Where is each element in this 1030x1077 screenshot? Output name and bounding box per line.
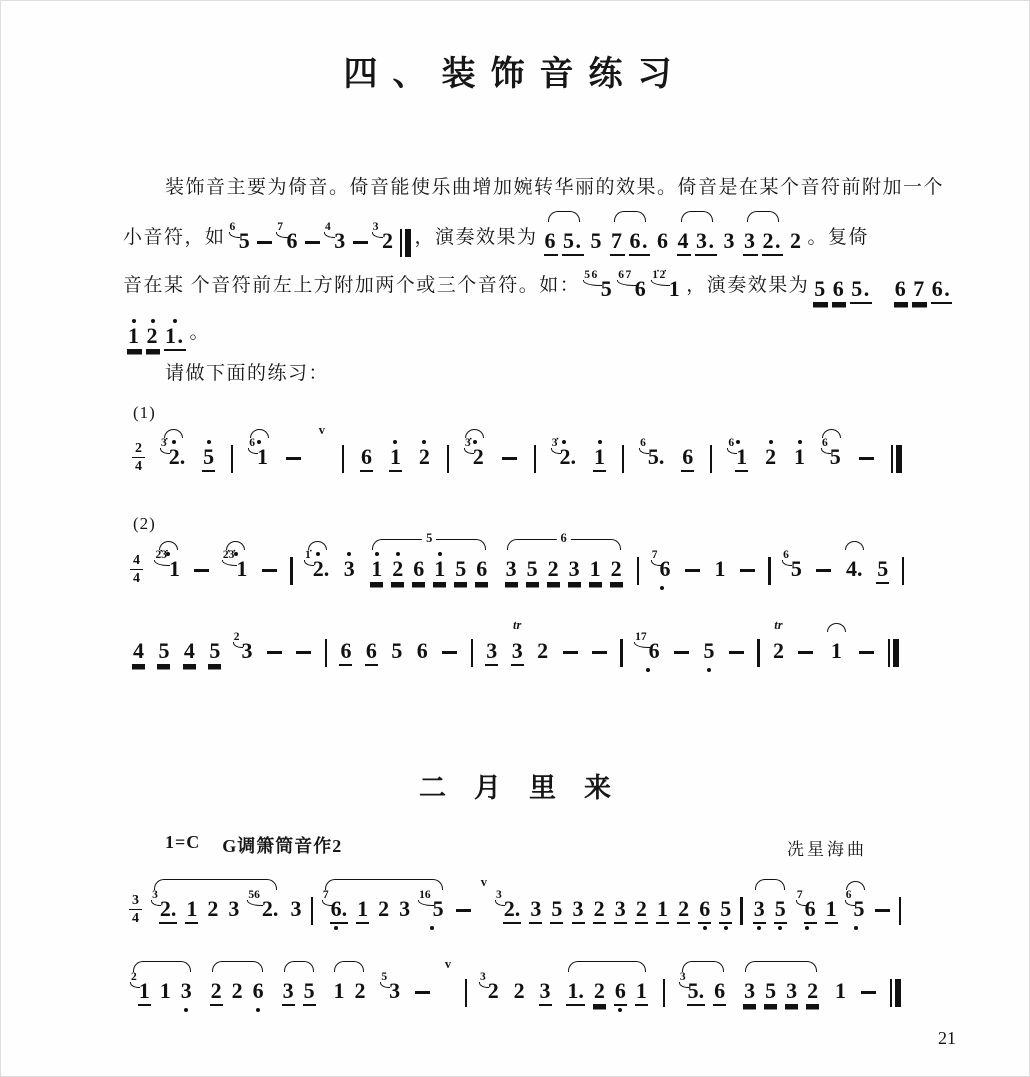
note-digit: 2.	[159, 898, 178, 924]
grace-note: 1̇2̇	[652, 270, 667, 282]
note-digit: 6	[360, 446, 373, 472]
note: 1	[589, 538, 602, 595]
note: 3	[398, 878, 411, 935]
song-key: 1=C	[165, 832, 200, 858]
high-octave-dot	[207, 440, 211, 444]
final-barline	[888, 620, 899, 677]
spacer	[876, 258, 890, 315]
note-digit: 2.	[559, 446, 578, 472]
note-digit: 4	[183, 640, 196, 666]
song-notation-line-1: 3432.123562.376.123165v32.35323212653576…	[125, 878, 905, 935]
breath-glyph: v	[445, 957, 451, 972]
dash-line	[729, 651, 744, 654]
barline-stroke	[290, 557, 292, 585]
note: 1	[389, 426, 402, 483]
note-digit: 6	[286, 230, 301, 256]
note-digit: 6	[656, 230, 671, 256]
high-octave-dot	[316, 552, 320, 556]
dash-prolong	[739, 538, 756, 595]
note-digit: 3	[180, 980, 193, 1006]
note: 23	[234, 620, 254, 677]
note-digit: 2	[593, 898, 606, 924]
inline-notation-effect-example-2: 565.676.	[811, 258, 954, 315]
note: 1	[433, 538, 446, 595]
arc-mark	[827, 623, 846, 632]
note: 5	[454, 538, 467, 595]
paragraph-line-4: 121. 。	[123, 305, 210, 362]
inline-notation-effect-example-3: 121.	[125, 305, 188, 362]
note-digit: 5	[600, 278, 615, 304]
note: 3̇2	[465, 426, 485, 483]
note: 2	[610, 538, 623, 595]
grace-note: 6	[230, 222, 237, 234]
high-octave-dot	[375, 552, 379, 556]
breath-mark: v	[444, 960, 452, 1017]
song-key-row: 1=C G调箫筒音作2	[165, 832, 342, 858]
note: 2	[536, 620, 549, 677]
note-digit: 4	[677, 230, 692, 256]
grace-note: 7	[797, 890, 803, 902]
barline-stroke	[768, 557, 770, 585]
note: 5	[813, 258, 828, 315]
note: 65	[822, 426, 842, 483]
dash-line	[859, 651, 874, 654]
note: 676	[618, 258, 648, 315]
barline	[622, 426, 624, 483]
note-digit: 2	[547, 558, 560, 584]
note-digit: 3	[753, 898, 766, 924]
note: 5	[702, 620, 715, 677]
note: 1.	[164, 305, 186, 362]
note: 2̇3̇1	[155, 538, 181, 595]
note-digit: 1	[332, 980, 345, 1006]
note-digit: 3	[333, 230, 348, 256]
dash-line	[674, 651, 689, 654]
note: 3	[289, 878, 302, 935]
high-octave-dot	[132, 319, 136, 323]
exercise-1-notation: 243̇2.561v6123̇23̇2.165.6612165	[128, 426, 906, 483]
note-digit: 1	[593, 446, 606, 472]
time-signature: 34	[129, 878, 142, 935]
note: 176	[635, 620, 661, 677]
note: 565	[584, 258, 614, 315]
note-digit: 5	[774, 898, 787, 924]
paragraph-text: ，演奏效果为	[686, 274, 809, 299]
note: 3̇2.	[552, 426, 577, 483]
note-digit: 3	[743, 980, 756, 1006]
dash-line	[286, 457, 301, 460]
paragraph-text: 。复倚	[808, 226, 870, 251]
note: 5	[774, 878, 787, 935]
inline-notation-double-grace-example: 5656761̇2̇1	[582, 258, 684, 315]
note-digit: 1	[433, 558, 446, 584]
note-digit: 2	[418, 446, 431, 472]
note-digit: 1	[713, 558, 726, 584]
note-digit: 3	[511, 640, 524, 666]
song-notation-line-2: 2113226351253v32231.26135.635321	[125, 960, 905, 1017]
note: 3	[785, 960, 798, 1017]
note-digit: 6	[614, 980, 627, 1006]
barline	[311, 878, 313, 935]
dash-prolong	[266, 620, 283, 677]
note-digit: 6	[475, 558, 488, 584]
note-digit: 6.	[330, 898, 349, 924]
note-digit: 2	[764, 446, 777, 472]
note: 6	[252, 960, 265, 1017]
note: 6	[339, 620, 352, 677]
note-digit: 5	[303, 980, 316, 1006]
dash-line	[262, 569, 277, 572]
low-octave-dot	[854, 926, 858, 930]
low-octave-dot	[703, 926, 707, 930]
note: 3̇2.	[161, 426, 186, 483]
grace-note: 67	[618, 270, 633, 282]
barline	[768, 538, 770, 595]
barline-stroke	[534, 445, 536, 473]
note: 1.	[566, 960, 585, 1017]
note-digit: 6	[681, 446, 694, 472]
note: 53	[381, 960, 401, 1017]
dash-line	[592, 651, 607, 654]
barline	[637, 538, 639, 595]
paragraph-text: ，演奏效果为	[415, 226, 538, 251]
dash-prolong	[860, 960, 877, 1017]
note: 3	[753, 878, 766, 935]
note: 6	[681, 426, 694, 483]
note: 3	[529, 878, 542, 935]
note-digit: 2	[231, 980, 244, 1006]
note-digit: 1	[389, 446, 402, 472]
dash-line	[296, 651, 311, 654]
note-digit: 1.	[164, 325, 186, 351]
dash-prolong	[673, 620, 690, 677]
note: 65.	[640, 426, 665, 483]
note-digit: 2.	[168, 446, 187, 472]
note: 5	[719, 878, 732, 935]
low-octave-dot	[184, 1008, 188, 1012]
paragraph-line-5: 请做下面的练习：	[165, 362, 329, 387]
song-title: 二月里来	[0, 766, 1030, 805]
note: 6	[365, 620, 378, 677]
note-digit: 3	[398, 898, 411, 924]
dash-line	[685, 569, 700, 572]
note: 1	[159, 960, 172, 1017]
grace-note: 3̇	[465, 438, 471, 450]
grace-note: 3̇	[552, 438, 558, 450]
note-digit: 5	[764, 980, 777, 1006]
barline	[740, 878, 742, 935]
note: 3	[227, 878, 240, 935]
note-digit: 3	[568, 558, 581, 584]
paragraph-text: 音在某 个音符前左上方附加两个或三个音符。如：	[123, 274, 580, 299]
high-octave-dot	[769, 440, 773, 444]
note: 3	[505, 538, 518, 595]
grace-note: 2̇3̇	[155, 550, 167, 562]
note-digit: 5.	[850, 278, 872, 304]
grace-note: 6	[728, 438, 734, 450]
note-digit: 2	[377, 898, 390, 924]
note-digit: 5	[208, 640, 221, 666]
note: 5	[157, 620, 170, 677]
note-digit: 6	[713, 980, 726, 1006]
breath-glyph: v	[319, 423, 325, 438]
note-digit: 2	[391, 558, 404, 584]
slur-group: 76.123165	[319, 878, 449, 935]
time-signature-denominator: 4	[132, 910, 139, 926]
note-digit: 5	[157, 640, 170, 666]
slur-group: 35	[749, 878, 791, 935]
high-octave-dot	[736, 440, 740, 444]
slur-group: 3532	[739, 960, 823, 1017]
slur-group: 2113	[127, 960, 197, 1017]
arc-mark	[845, 541, 864, 550]
dash-prolong	[858, 426, 875, 483]
note: 2	[547, 538, 560, 595]
note-digit: 2	[210, 980, 223, 1006]
song-composer: 冼星海曲	[787, 835, 867, 860]
note-digit: 1	[185, 898, 198, 924]
note-digit: 1	[356, 898, 369, 924]
note-digit: 5.	[562, 230, 584, 256]
note: 1	[834, 960, 847, 1017]
dash-line	[563, 651, 578, 654]
barline	[902, 538, 904, 595]
note: 5	[303, 960, 316, 1017]
note: 2	[353, 960, 366, 1017]
barline	[534, 426, 536, 483]
note-digit: 2.	[261, 898, 280, 924]
note: 5	[876, 538, 889, 595]
note-digit: 3	[529, 898, 542, 924]
dash-prolong	[501, 426, 518, 483]
note-digit: 7	[912, 278, 927, 304]
dash-prolong	[797, 620, 814, 677]
grace-note: 3	[152, 890, 158, 902]
note: 2	[210, 960, 223, 1017]
time-signature: 24	[132, 426, 145, 483]
note-digit: 6	[894, 278, 909, 304]
barline	[757, 620, 759, 677]
note: 5	[390, 620, 403, 677]
low-octave-dot	[430, 926, 434, 930]
final-barline	[890, 960, 901, 1017]
high-octave-dot	[347, 552, 351, 556]
note: 76	[652, 538, 672, 595]
low-octave-dot	[707, 668, 711, 672]
grace-note: 6	[846, 890, 852, 902]
note-digit: 5	[813, 278, 828, 304]
note: 5	[526, 538, 539, 595]
breath-mark: v	[318, 426, 326, 483]
grace-note: 5	[381, 972, 387, 984]
grace-note: 7	[323, 890, 329, 902]
high-octave-dot	[257, 440, 261, 444]
dash-line	[798, 651, 813, 654]
high-octave-dot	[396, 552, 400, 556]
grace-note: 16	[419, 890, 431, 902]
note: 1	[635, 960, 648, 1017]
note: 4	[183, 620, 196, 677]
note: 76.	[323, 878, 348, 935]
note-digit: 6	[832, 278, 847, 304]
note-digit: 2.	[503, 898, 522, 924]
page-title: 四、装饰音练习	[0, 46, 1030, 95]
note-digit: 5	[526, 558, 539, 584]
note-digit: 5	[702, 640, 715, 666]
note-digit: 2	[206, 898, 219, 924]
note: 2	[206, 878, 219, 935]
note: 21	[131, 960, 151, 1017]
note: 3	[180, 960, 193, 1017]
dash-prolong	[874, 878, 891, 935]
time-signature-fraction: 34	[129, 894, 142, 926]
note: 3	[343, 538, 356, 595]
dash-line	[415, 991, 430, 994]
barline	[290, 538, 292, 595]
note: 1	[332, 960, 345, 1017]
dash-prolong	[193, 538, 210, 595]
page-number: 21	[938, 1028, 956, 1049]
dash-line	[353, 241, 368, 244]
note: 562.	[248, 878, 279, 935]
note-digit: 2	[806, 980, 819, 1006]
note-digit: 5.	[687, 980, 706, 1006]
grace-note: 17	[635, 632, 647, 644]
barline	[465, 960, 467, 1017]
low-octave-dot	[757, 926, 761, 930]
dash-prolong	[591, 620, 608, 677]
note: 2	[391, 538, 404, 595]
dash-prolong	[414, 960, 431, 1017]
note-digit: 1	[127, 325, 142, 351]
low-octave-dot	[618, 1008, 622, 1012]
paragraph-line-3: 音在某 个音符前左上方附加两个或三个音符。如： 5656761̇2̇1 ，演奏效…	[123, 258, 956, 315]
note: 5	[550, 878, 563, 935]
note: 32.	[152, 878, 177, 935]
dash-line	[305, 241, 320, 244]
note-digit: 6.	[629, 230, 651, 256]
time-signature-denominator: 4	[135, 458, 142, 474]
note: 2	[418, 426, 431, 483]
note-digit: 1	[830, 640, 843, 666]
low-octave-dot	[805, 926, 809, 930]
dash-line	[861, 991, 876, 994]
time-signature-denominator: 4	[133, 570, 140, 586]
note-digit: 1	[159, 980, 172, 1006]
dash-line	[502, 457, 517, 460]
barline-stroke	[899, 897, 901, 925]
high-octave-dot	[473, 440, 477, 444]
note: 1	[370, 538, 383, 595]
barline-stroke	[471, 639, 473, 667]
paragraph-text: 。	[190, 321, 211, 346]
note-digit: 6	[252, 980, 265, 1006]
note: tr2	[772, 620, 785, 677]
note: 4.	[845, 538, 864, 595]
time-signature-numerator: 2	[132, 442, 145, 459]
grace-note: 7	[652, 550, 658, 562]
slur-group: 1.261	[562, 960, 652, 1017]
note-digit: 1	[656, 898, 669, 924]
note-digit: 7	[610, 230, 625, 256]
note-digit: 5	[454, 558, 467, 584]
high-octave-dot	[438, 552, 442, 556]
high-octave-dot	[598, 440, 602, 444]
barline-stroke	[622, 445, 624, 473]
time-signature-fraction: 44	[130, 554, 143, 586]
grace-note: 56	[584, 270, 599, 282]
note: 2̇3̇1	[223, 538, 249, 595]
note: 2	[377, 878, 390, 935]
note-digit: 5	[390, 640, 403, 666]
dash-prolong	[261, 538, 278, 595]
final-barline-strokes	[400, 229, 411, 257]
low-octave-dot	[778, 926, 782, 930]
note: 3	[572, 878, 585, 935]
dash-prolong	[562, 620, 579, 677]
barline	[471, 620, 473, 677]
barline	[620, 620, 622, 677]
note: 3	[282, 960, 295, 1017]
note-digit: 1	[589, 558, 602, 584]
high-octave-dot	[422, 440, 426, 444]
note: 2	[231, 960, 244, 1017]
barline-stroke	[637, 557, 639, 585]
note-digit: 6	[698, 898, 711, 924]
barline-stroke	[311, 897, 313, 925]
note-digit: 3	[539, 980, 552, 1006]
note-digit: 6	[412, 558, 425, 584]
slur-group: 35.6	[676, 960, 730, 1017]
note: 5.	[850, 258, 872, 315]
note: 5	[202, 426, 215, 483]
dash-line	[740, 569, 755, 572]
dash-prolong	[295, 620, 312, 677]
note-digit: 4	[132, 640, 145, 666]
dash-line	[267, 651, 282, 654]
low-octave-dot	[646, 668, 650, 672]
dash-prolong	[684, 538, 701, 595]
barline-stroke	[325, 639, 327, 667]
note-digit: 3	[485, 640, 498, 666]
dash-line	[859, 457, 874, 460]
high-octave-dot	[562, 440, 566, 444]
note-digit: 2	[353, 980, 366, 1006]
note: 1	[593, 426, 606, 483]
note: 1	[827, 620, 846, 677]
note: 65	[783, 538, 803, 595]
high-octave-dot	[151, 319, 155, 323]
barline-stroke	[740, 897, 742, 925]
note-digit: 2.	[312, 558, 331, 584]
note-digit: 3	[785, 980, 798, 1006]
note: 2	[146, 305, 161, 362]
note: 2	[513, 960, 526, 1017]
paragraph-text: 装饰音主要为倚音。倚音能使乐曲增加婉转华丽的效果。倚音是在某个音符前附加一个	[165, 176, 944, 201]
grace-note: 6	[249, 438, 255, 450]
note: 1	[656, 878, 669, 935]
dash-line	[816, 569, 831, 572]
final-barline-strokes	[888, 639, 899, 667]
note-digit: 3	[289, 898, 302, 924]
note: 6.	[931, 258, 953, 315]
note-digit: 5	[202, 446, 215, 472]
low-octave-dot	[256, 1008, 260, 1012]
note: 6	[614, 960, 627, 1017]
barline	[710, 426, 712, 483]
exercise-2-notation-line-2: 45452366563tr321765tr21	[128, 620, 903, 677]
grace-note: 2	[131, 972, 137, 984]
